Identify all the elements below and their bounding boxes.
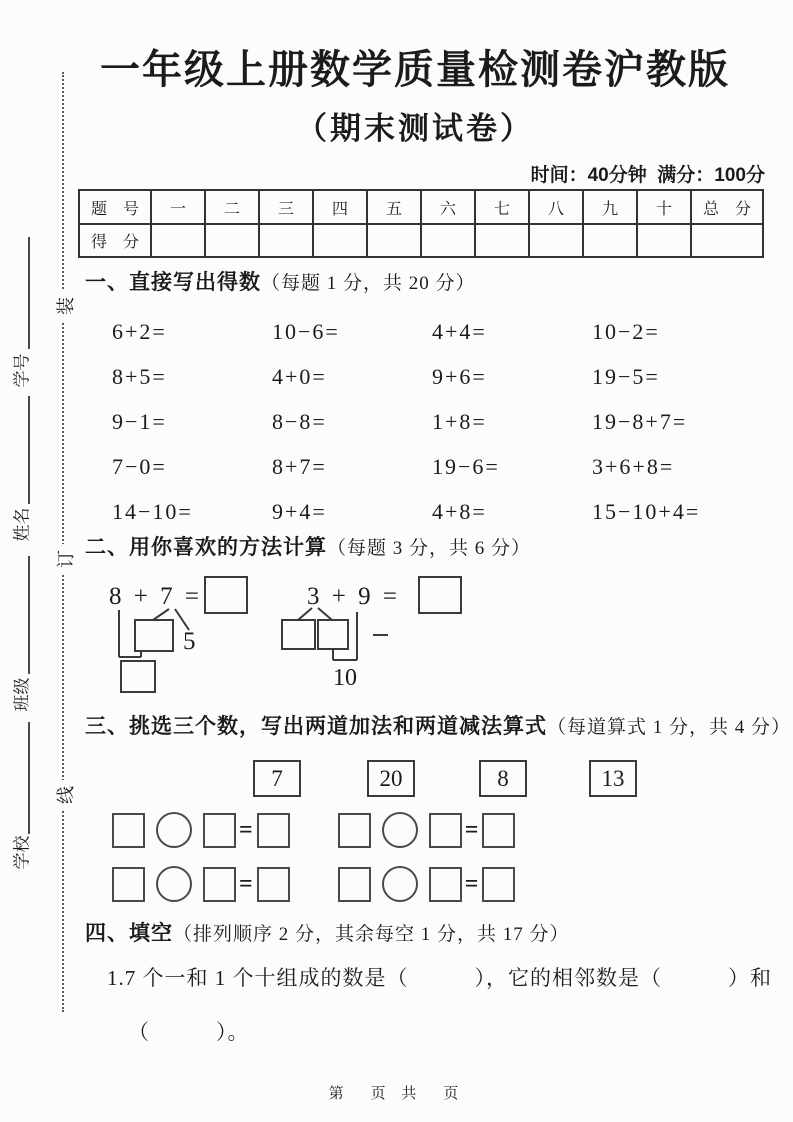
problem: 8−8= bbox=[272, 402, 432, 447]
page-footer: 第 页 共 页 bbox=[0, 1082, 793, 1103]
blank-square bbox=[112, 867, 145, 902]
student-name-label: 姓名 bbox=[8, 505, 33, 545]
equation-blank-group: = bbox=[112, 812, 290, 848]
diagram-b-answer-box bbox=[419, 577, 461, 613]
section3-title: 三、挑选三个数，写出两道加法和两道减法算式 bbox=[85, 715, 547, 738]
section4-heading: 四、填空（排列顺序 2 分，其余每空 1 分，共 17 分） bbox=[85, 917, 570, 947]
col-5: 五 bbox=[367, 190, 421, 224]
section2-heading: 二、用你喜欢的方法计算（每题 3 分，共 6 分） bbox=[85, 531, 531, 561]
problem: 4+4= bbox=[432, 312, 592, 357]
col-total: 总 分 bbox=[691, 190, 763, 224]
question-1-line-2: （ ）。 bbox=[128, 1016, 250, 1046]
blank-square bbox=[338, 813, 371, 848]
diagram-b-known-value: 10 bbox=[333, 665, 357, 691]
blank-circle bbox=[156, 812, 192, 848]
diagram-a-expression: 8 + 7 = bbox=[109, 583, 202, 610]
blank-square bbox=[203, 867, 236, 902]
school-blank-line bbox=[28, 722, 30, 834]
question-1-line-1: 1.7 个一和 1 个十组成的数是（ ），它的相邻数是（ ）和 bbox=[107, 962, 772, 992]
problem: 8+7= bbox=[272, 447, 432, 492]
equals-sign: = bbox=[239, 817, 253, 844]
equation-blank-row: = = bbox=[112, 812, 515, 848]
student-id-label: 学号 bbox=[8, 351, 33, 391]
blank-square bbox=[203, 813, 236, 848]
binding-char-ding: 订 bbox=[52, 544, 78, 574]
col-7: 七 bbox=[475, 190, 529, 224]
blank-square bbox=[429, 813, 462, 848]
diagram-a-answer-box bbox=[205, 577, 247, 613]
score-table-header-row: 题 号 一 二 三 四 五 六 七 八 九 十 总 分 bbox=[79, 190, 763, 224]
diagram-a-known-value: 5 bbox=[183, 628, 196, 655]
page-title: 一年级上册数学质量检测卷沪教版 bbox=[60, 38, 770, 95]
blank-circle bbox=[382, 812, 418, 848]
score-cell bbox=[637, 224, 691, 257]
problem: 4+0= bbox=[272, 357, 432, 402]
section2-title: 二、用你喜欢的方法计算 bbox=[85, 536, 327, 559]
section1-problems-grid: 6+2= 10−6= 4+4= 10−2= 8+5= 4+0= 9+6= 19−… bbox=[112, 312, 760, 537]
problem: 8+5= bbox=[112, 357, 272, 402]
diagram-a-decomp-box bbox=[135, 620, 173, 651]
section4-score-note: （排列顺序 2 分，其余每空 1 分，共 17 分） bbox=[173, 924, 570, 945]
diagram-b-decomp-box-1 bbox=[282, 620, 315, 649]
score-table: 题 号 一 二 三 四 五 六 七 八 九 十 总 分 得 分 bbox=[78, 189, 764, 258]
blank-square bbox=[257, 867, 290, 902]
col-1: 一 bbox=[151, 190, 205, 224]
blank-square bbox=[112, 813, 145, 848]
section1-title: 一、直接写出得数 bbox=[85, 271, 261, 294]
problem: 7−0= bbox=[112, 447, 272, 492]
branch-line bbox=[175, 609, 189, 630]
section1-score-note: （每题 1 分，共 20 分） bbox=[261, 273, 476, 294]
score-table-score-row: 得 分 bbox=[79, 224, 763, 257]
col-8: 八 bbox=[529, 190, 583, 224]
number-box: 13 bbox=[589, 760, 637, 797]
section2-score-note: （每题 3 分，共 6 分） bbox=[327, 538, 531, 559]
equals-sign: = bbox=[465, 817, 479, 844]
score-cell bbox=[367, 224, 421, 257]
decomposition-diagrams: 8 + 7 = 5 3 + 9 = 10 bbox=[85, 572, 485, 707]
diagram-b-decomp-box-2 bbox=[318, 620, 348, 649]
binding-char-zhuang: 装 bbox=[52, 291, 78, 321]
problem: 19−8+7= bbox=[592, 402, 760, 447]
col-4: 四 bbox=[313, 190, 367, 224]
equals-sign: = bbox=[465, 871, 479, 898]
problem: 3+6+8= bbox=[592, 447, 760, 492]
section3-heading: 三、挑选三个数，写出两道加法和两道减法算式（每道算式 1 分，共 4 分） bbox=[85, 710, 791, 740]
class-label: 班级 bbox=[8, 675, 33, 715]
col-6: 六 bbox=[421, 190, 475, 224]
score-row-label: 得 分 bbox=[79, 224, 151, 257]
problem: 1+8= bbox=[432, 402, 592, 447]
branch-line bbox=[153, 609, 169, 620]
blank-square bbox=[482, 867, 515, 902]
score-cell bbox=[421, 224, 475, 257]
problem: 19−5= bbox=[592, 357, 760, 402]
equals-sign: = bbox=[239, 871, 253, 898]
diagram-a-result-box bbox=[121, 661, 155, 692]
problem: 10−6= bbox=[272, 312, 432, 357]
problem: 9−1= bbox=[112, 402, 272, 447]
col-2: 二 bbox=[205, 190, 259, 224]
problem: 6+2= bbox=[112, 312, 272, 357]
col-10: 十 bbox=[637, 190, 691, 224]
score-cell bbox=[259, 224, 313, 257]
score-cell bbox=[475, 224, 529, 257]
problem: 19−6= bbox=[432, 447, 592, 492]
section1-heading: 一、直接写出得数（每题 1 分，共 20 分） bbox=[85, 266, 476, 296]
score-cell bbox=[313, 224, 367, 257]
equation-blank-group: = bbox=[338, 866, 516, 902]
blank-circle bbox=[156, 866, 192, 902]
blank-circle bbox=[382, 866, 418, 902]
binding-char-xian: 线 bbox=[52, 780, 78, 810]
col-3: 三 bbox=[259, 190, 313, 224]
score-cell bbox=[529, 224, 583, 257]
col-9: 九 bbox=[583, 190, 637, 224]
blank-square bbox=[429, 867, 462, 902]
school-label: 学校 bbox=[8, 833, 33, 873]
diagram-b-expression: 3 + 9 = bbox=[307, 583, 400, 610]
score-cell bbox=[151, 224, 205, 257]
number-box: 7 bbox=[253, 760, 301, 797]
problem: 15−10+4= bbox=[592, 492, 760, 537]
blank-square bbox=[482, 813, 515, 848]
score-cell bbox=[691, 224, 763, 257]
number-box: 20 bbox=[367, 760, 415, 797]
exam-paper-page: 装 订 线 学号 姓名 班级 学校 一年级上册数学质量检测卷沪教版 （期末测试卷… bbox=[0, 0, 793, 1122]
section4-title: 四、填空 bbox=[85, 922, 173, 945]
score-cell bbox=[583, 224, 637, 257]
student-id-blank-line bbox=[28, 237, 30, 349]
time-score-info: 时间：40分钟 满分：100分 bbox=[531, 160, 765, 187]
blank-square bbox=[338, 867, 371, 902]
score-cell bbox=[205, 224, 259, 257]
equation-blank-group: = bbox=[338, 812, 516, 848]
section3-score-note: （每道算式 1 分，共 4 分） bbox=[547, 717, 791, 738]
binding-dotted-line bbox=[62, 72, 64, 1012]
problem: 10−2= bbox=[592, 312, 760, 357]
branch-line bbox=[298, 608, 312, 620]
blank-square bbox=[257, 813, 290, 848]
page-subtitle: （期末测试卷） bbox=[60, 103, 770, 148]
class-blank-line bbox=[28, 556, 30, 674]
equation-blank-group: = bbox=[112, 866, 290, 902]
equation-blank-row: = = bbox=[112, 866, 515, 902]
student-name-blank-line bbox=[28, 396, 30, 504]
problem: 9+6= bbox=[432, 357, 592, 402]
col-question-number: 题 号 bbox=[79, 190, 151, 224]
number-box: 8 bbox=[479, 760, 527, 797]
